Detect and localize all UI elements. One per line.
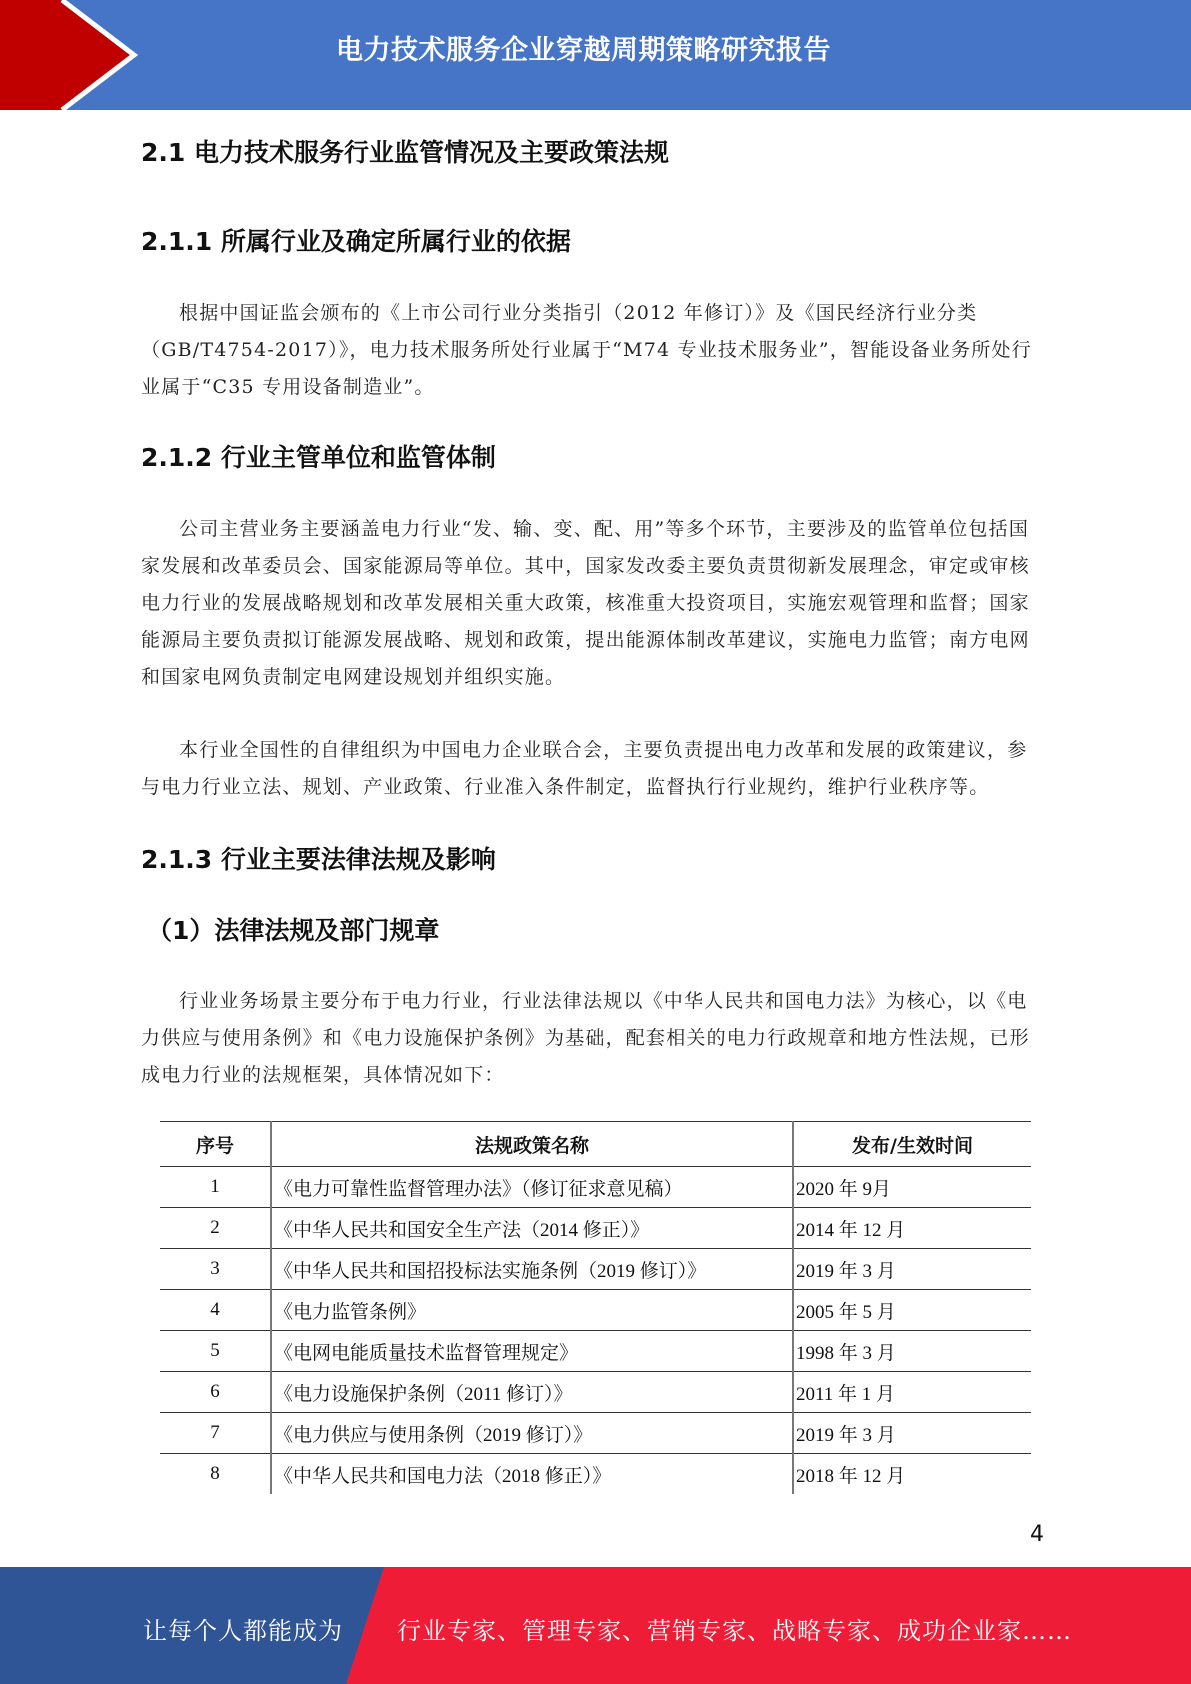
cell-name: 《电力监管条例》 xyxy=(271,1290,793,1331)
cell-number: 3 xyxy=(160,1249,271,1290)
cell-name: 《中华人民共和国安全生产法（2014 修正）》 xyxy=(271,1208,793,1249)
report-header-band: 电力技术服务企业穿越周期策略研究报告 xyxy=(0,0,1191,110)
paragraph-self-regulatory-org: 本行业全国性的自律组织为中国电力企业联合会，主要负责提出电力改革和发展的政策建议… xyxy=(141,732,1046,806)
cell-number: 5 xyxy=(160,1331,271,1372)
section-heading-2-1-1: 2.1.1 所属行业及确定所属行业的依据 xyxy=(141,222,571,258)
cell-date: 2011 年 1 月 xyxy=(793,1372,1031,1413)
cell-number: 7 xyxy=(160,1413,271,1454)
footer-slogan-left: 让每个人都能成为 xyxy=(143,1611,343,1646)
cell-date: 1998 年 3 月 xyxy=(793,1331,1031,1372)
cell-name: 《电力供应与使用条例（2019 修订）》 xyxy=(271,1413,793,1454)
cell-number: 4 xyxy=(160,1290,271,1331)
column-header-number: 序号 xyxy=(160,1122,271,1167)
footer-banner: 让每个人都能成为 行业专家、管理专家、营销专家、战略专家、成功企业家…… xyxy=(0,1567,1191,1684)
table-row: 4 《电力监管条例》 2005 年 5 月 xyxy=(160,1290,1031,1331)
table-row: 5 《电网电能质量技术监督管理规定》 1998 年 3 月 xyxy=(160,1331,1031,1372)
cell-date: 2018 年 12 月 xyxy=(793,1454,1031,1495)
table-row: 8 《中华人民共和国电力法（2018 修正）》 2018 年 12 月 xyxy=(160,1454,1031,1495)
cell-number: 2 xyxy=(160,1208,271,1249)
cell-date: 2020 年 9月 xyxy=(793,1167,1031,1208)
table-row: 6 《电力设施保护条例（2011 修订）》 2011 年 1 月 xyxy=(160,1372,1031,1413)
table-row: 2 《中华人民共和国安全生产法（2014 修正）》 2014 年 12 月 xyxy=(160,1208,1031,1249)
cell-name: 《电力可靠性监督管理办法》（修订征求意见稿） xyxy=(271,1167,793,1208)
cell-number: 6 xyxy=(160,1372,271,1413)
column-header-date: 发布/生效时间 xyxy=(793,1122,1031,1167)
paragraph-regulatory-authorities: 公司主营业务主要涵盖电力行业“发、输、变、配、用”等多个环节，主要涉及的监管单位… xyxy=(141,511,1046,696)
red-arrow-icon xyxy=(0,0,150,110)
page-number: 4 xyxy=(1030,1522,1044,1547)
table-row: 1 《电力可靠性监督管理办法》（修订征求意见稿） 2020 年 9月 xyxy=(160,1167,1031,1208)
cell-date: 2019 年 3 月 xyxy=(793,1413,1031,1454)
cell-name: 《中华人民共和国电力法（2018 修正）》 xyxy=(271,1454,793,1495)
subsection-heading-laws: （1）法律法规及部门规章 xyxy=(147,911,439,947)
cell-date: 2014 年 12 月 xyxy=(793,1208,1031,1249)
paragraph-legal-framework: 行业业务场景主要分布于电力行业，行业法律法规以《中华人民共和国电力法》为核心，以… xyxy=(141,983,1046,1094)
cell-date: 2005 年 5 月 xyxy=(793,1290,1031,1331)
section-heading-2-1-2: 2.1.2 行业主管单位和监管体制 xyxy=(141,438,496,474)
cell-number: 1 xyxy=(160,1167,271,1208)
cell-name: 《电力设施保护条例（2011 修订）》 xyxy=(271,1372,793,1413)
column-header-name: 法规政策名称 xyxy=(271,1122,793,1167)
report-title: 电力技术服务企业穿越周期策略研究报告 xyxy=(336,28,831,67)
laws-regulations-table: 序号 法规政策名称 发布/生效时间 1 《电力可靠性监督管理办法》（修订征求意见… xyxy=(160,1121,1031,1494)
cell-name: 《电网电能质量技术监督管理规定》 xyxy=(271,1331,793,1372)
footer-slogan-right: 行业专家、管理专家、营销专家、战略专家、成功企业家…… xyxy=(397,1611,1072,1646)
table-header-row: 序号 法规政策名称 发布/生效时间 xyxy=(160,1122,1031,1167)
cell-number: 8 xyxy=(160,1454,271,1495)
cell-date: 2019 年 3 月 xyxy=(793,1249,1031,1290)
paragraph-industry-classification: 根据中国证监会颁布的《上市公司行业分类指引（2012 年修订）》及《国民经济行业… xyxy=(141,295,1046,406)
table-row: 3 《中华人民共和国招投标法实施条例（2019 修订）》 2019 年 3 月 xyxy=(160,1249,1031,1290)
cell-name: 《中华人民共和国招投标法实施条例（2019 修订）》 xyxy=(271,1249,793,1290)
section-heading-2-1-3: 2.1.3 行业主要法律法规及影响 xyxy=(141,840,496,876)
table-row: 7 《电力供应与使用条例（2019 修订）》 2019 年 3 月 xyxy=(160,1413,1031,1454)
section-heading-2-1: 2.1 电力技术服务行业监管情况及主要政策法规 xyxy=(141,133,669,169)
